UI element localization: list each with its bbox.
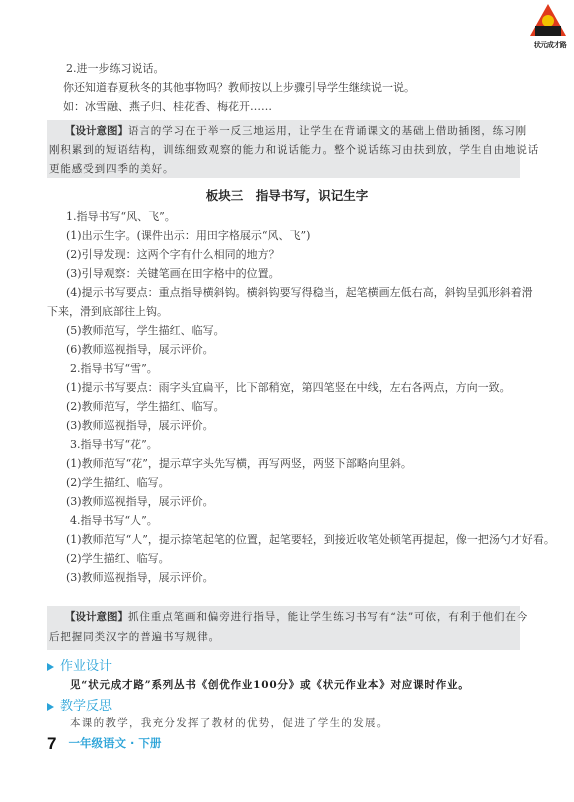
writing-step: (2)引导发现：这两个字有什么相同的地方？ <box>66 248 280 262</box>
writing-step: 下来，滑到底部往上钩。 <box>47 305 168 319</box>
reflection-text: 本课的教学，我充分发挥了教材的优势，促进了学生的发展。 <box>70 715 389 730</box>
writing-step: (2)学生描红、临写。 <box>66 476 170 490</box>
design-intent-text: 语言的学习在于举一反三地运用，让学生在背诵课文的基础上借助插图，练习刚 <box>128 125 527 137</box>
writing-step: (1)教师范写“人”，提示捺笔起笔的位置，起笔要轻，到接近收笔处顿笔再提起，像一… <box>66 533 555 547</box>
writing-step: (3)引导观察：关键笔画在田字格中的位置。 <box>66 267 280 281</box>
section-title: 板块三 指导书写，识记生字 <box>0 186 574 204</box>
logo-text: 状元成才路 <box>526 40 574 50</box>
reflection-heading-label: 教学反思 <box>60 699 112 714</box>
book-title: 一年级语文 · 下册 <box>68 736 161 750</box>
triangle-bullet-icon <box>47 703 54 711</box>
writing-step: (3)教师巡视指导，展示评价。 <box>66 495 214 509</box>
logo-emblem-icon <box>542 15 554 27</box>
triangle-bullet-icon <box>47 663 54 671</box>
logo-band <box>535 26 561 36</box>
design-intent-text: 抓住重点笔画和偏旁进行指导，能让学生练习书写有“法”可依，有利于他们在今 <box>128 611 528 623</box>
writing-step: (5)教师范写，学生描红、临写。 <box>66 324 225 338</box>
design-intent-box-2: 【设计意图】抓住重点笔画和偏旁进行指导，能让学生练习书写有“法”可依，有利于他们… <box>47 606 520 650</box>
page-footer: 7一年级语文 · 下册 <box>47 734 161 754</box>
writing-step: (2)学生描红、临写。 <box>66 552 170 566</box>
design-intent-text: 更能感受到四季的美好。 <box>49 162 174 176</box>
writing-step: (2)教师范写，学生描红、临写。 <box>66 400 225 414</box>
design-intent-box-1: 【设计意图】语言的学习在于举一反三地运用，让学生在背诵课文的基础上借助插图，练习… <box>47 120 520 178</box>
writing-step: (1)教师范写“花”，提示草字头先写横，再写两竖，两竖下部略向里斜。 <box>66 457 412 471</box>
design-intent-text: 刚积累到的短语结构，训练细致观察的能力和说话能力。整个说话练习由扶到放，学生自由… <box>49 143 539 157</box>
writing-heading: 2.指导书写“雪”。 <box>70 362 158 376</box>
intro-examples: 如：冰雪融、燕子归、桂花香、梅花开…… <box>63 100 272 114</box>
homework-text: 见“状元成才路”系列丛书《创优作业100分》或《状元作业本》对应课时作业。 <box>70 677 470 692</box>
design-intent-tag: 【设计意图】 <box>65 125 128 137</box>
page-number: 7 <box>47 734 56 753</box>
homework-heading: 作业设计 <box>47 655 112 674</box>
writing-step: (6)教师巡视指导，展示评价。 <box>66 343 214 357</box>
reflection-heading: 教学反思 <box>47 695 112 714</box>
writing-heading: 1.指导书写“风、飞”。 <box>66 210 176 224</box>
writing-heading: 4.指导书写“人”。 <box>70 514 158 528</box>
step-2-heading: 2.进一步练习说话。 <box>66 62 165 76</box>
writing-heading: 3.指导书写“花”。 <box>70 438 158 452</box>
publisher-logo: 状元成才路 <box>526 4 570 54</box>
writing-step: (1)出示生字。(课件出示：用田字格展示“风、飞”) <box>66 229 310 243</box>
writing-step: (3)教师巡视指导，展示评价。 <box>66 419 214 433</box>
intro-question: 你还知道春夏秋冬的其他事物吗？教师按以上步骤引导学生继续说一说。 <box>63 81 415 95</box>
design-intent-tag: 【设计意图】 <box>65 611 128 623</box>
writing-step: (1)提示书写要点：雨字头宜扁平，比下部稍宽，第四笔竖在中线，左右各两点，方向一… <box>66 381 511 395</box>
design-intent-text: 后把握同类汉字的普遍书写规律。 <box>49 630 220 644</box>
homework-heading-label: 作业设计 <box>60 659 112 674</box>
writing-step: (3)教师巡视指导，展示评价。 <box>66 571 214 585</box>
writing-step: (4)提示书写要点：重点指导横斜钩。横斜钩要写得稳当，起笔横画左低右高，斜钩呈弧… <box>66 286 533 300</box>
